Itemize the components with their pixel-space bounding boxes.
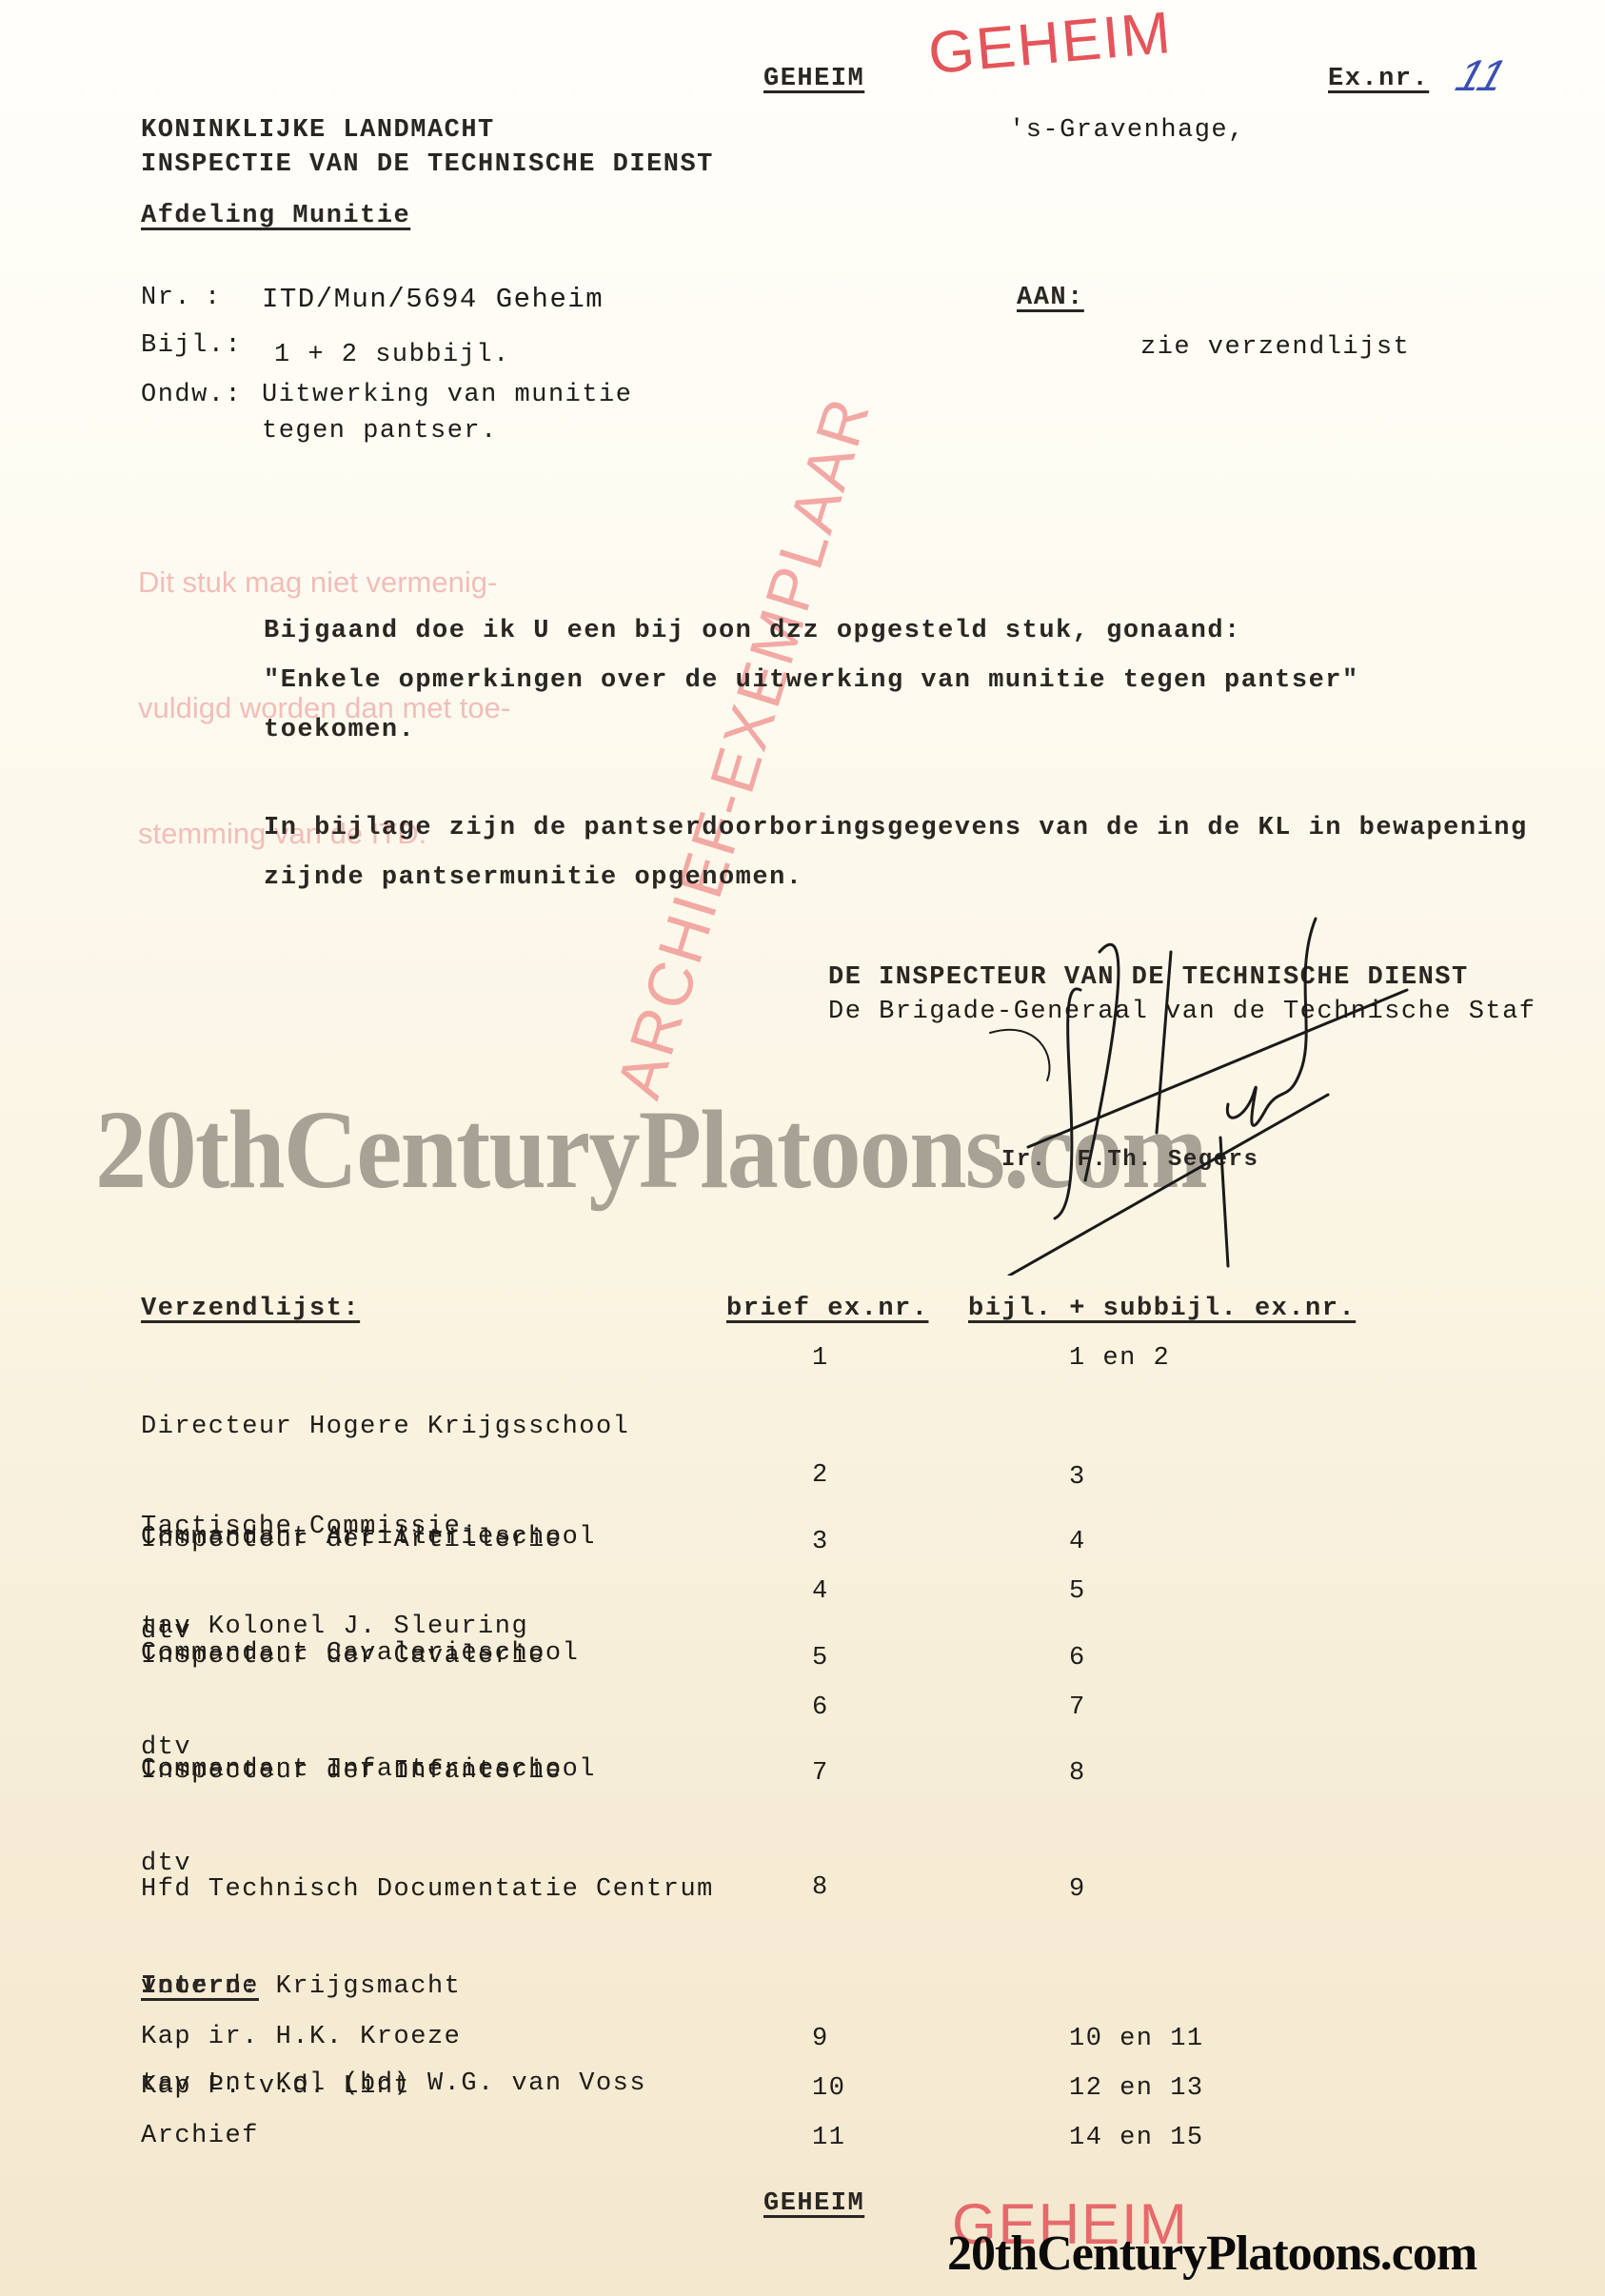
brief-ex-nr: 9 <box>812 2025 829 2053</box>
brief-ex-nr: 6 <box>812 1693 829 1722</box>
distribution-row: Inspecteur der Infanterie <box>141 1757 563 1786</box>
intern-row-name: Kap P. v.d. Lint <box>141 2072 410 2101</box>
body-p1-line3: toekomen. <box>264 716 415 744</box>
aan-label: AAN: <box>1017 284 1084 312</box>
ex-nr-label: Ex.nr. <box>1328 65 1429 93</box>
ondw-line1: Uitwerking van munitie <box>262 381 632 409</box>
bijl-ex-nr: 8 <box>1069 1759 1086 1788</box>
copy-notice-line1: Dit stuk mag niet vermenig- <box>138 562 510 604</box>
brief-ex-nr: 3 <box>812 1528 829 1556</box>
brief-ex-nr: 1 <box>812 1344 829 1373</box>
organization-line2: INSPECTIE VAN DE TECHNISCHE DIENST <box>141 150 714 179</box>
signature-title-line2: De Brigade-Generaal van de Technische St… <box>828 998 1536 1026</box>
col-header-bijl: bijl. + subbijl. ex.nr. <box>968 1295 1356 1323</box>
intern-heading: Intern: <box>141 1972 259 2001</box>
nr-value: ITD/Mun/5694 Geheim <box>262 284 604 315</box>
brief-ex-nr: 4 <box>812 1577 829 1606</box>
recipient-line: Hfd Technisch Documentatie Centrum <box>141 1873 714 1906</box>
bijl-value: 1 + 2 subbijl. <box>274 341 510 369</box>
nr-colon: : <box>205 284 222 312</box>
classification-stamp-top: GEHEIM <box>925 0 1175 88</box>
ondw-line2: tegen pantser. <box>262 417 498 445</box>
bijl-label: Bijl.: <box>141 331 242 360</box>
distribution-row: Inspecteur der Cavalerie <box>141 1642 545 1671</box>
brief-ex-nr: 8 <box>812 1873 829 1902</box>
body-p1-line1: Bijgaand doe ik U een bij oon dzz opgest… <box>264 617 1241 645</box>
bijl-ex-nr: 1 en 2 <box>1069 1344 1170 1373</box>
brief-ex-nr: 11 <box>812 2124 845 2152</box>
bijl-ex-nr: 4 <box>1069 1528 1086 1556</box>
brief-ex-nr: 7 <box>812 1759 829 1788</box>
body-p2-line1: In bijlage zijn de pantserdoorboringsgeg… <box>264 814 1528 842</box>
aan-value: zie verzendlijst <box>1140 333 1410 362</box>
body-p2-line2: zijnde pantsermunitie opgenomen. <box>264 863 802 892</box>
col-header-brief: brief ex.nr. <box>726 1295 928 1323</box>
recipient-line: Directeur Hogere Krijgsschool <box>141 1411 629 1444</box>
bijl-ex-nr: 10 en 11 <box>1069 2025 1204 2053</box>
ex-nr-handwritten: 11 <box>1450 49 1512 101</box>
department: Afdeling Munitie <box>141 202 410 230</box>
signatory-name: Ir. F.Th. Segers <box>1001 1147 1258 1173</box>
place-date: 's-Gravenhage, <box>1009 116 1245 145</box>
intern-row-name: Kap ir. H.K. Kroeze <box>141 2023 461 2051</box>
distribution-row: Inspecteur der Artillerie <box>141 1526 563 1554</box>
ondw-label: Ondw.: <box>141 381 242 409</box>
brief-ex-nr: 5 <box>812 1644 829 1673</box>
body-p1-line2: "Enkele opmerkingen over de uitwerking v… <box>264 666 1359 695</box>
brief-ex-nr: 2 <box>812 1461 829 1490</box>
signature-title-line1: DE INSPECTEUR VAN DE TECHNISCHE DIENST <box>828 963 1469 992</box>
bijl-ex-nr: 3 <box>1069 1463 1086 1492</box>
brief-ex-nr: 10 <box>812 2074 845 2103</box>
bijl-ex-nr: 12 en 13 <box>1069 2074 1204 2103</box>
distribution-heading: Verzendlijst: <box>141 1295 360 1323</box>
bijl-ex-nr: 5 <box>1069 1577 1086 1606</box>
nr-label: Nr. <box>141 284 191 312</box>
bijl-ex-nr: 7 <box>1069 1693 1086 1722</box>
organization-line1: KONINKLIJKE LANDMACHT <box>141 116 495 145</box>
classification-typed-top: GEHEIM <box>763 65 864 93</box>
intern-row-name: Archief <box>141 2122 259 2150</box>
bijl-ex-nr: 14 en 15 <box>1069 2124 1204 2152</box>
classification-typed-bottom: GEHEIM <box>763 2189 864 2218</box>
bijl-ex-nr: 6 <box>1069 1644 1086 1673</box>
bijl-ex-nr: 9 <box>1069 1875 1086 1904</box>
watermark-bottom: 20thCenturyPlatoons.com <box>947 2226 1476 2282</box>
